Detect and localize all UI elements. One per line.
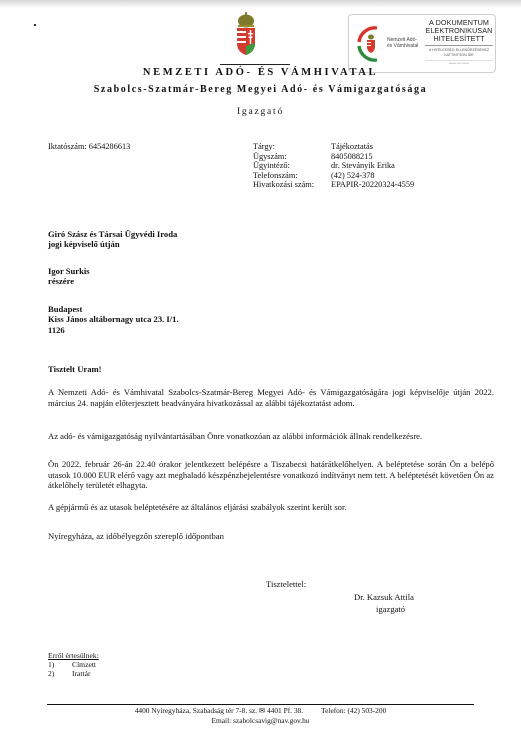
ref-label: Telefonszám: xyxy=(253,171,331,181)
ref-value: (42) 524-378 xyxy=(331,171,375,181)
footer-po-box: 4401 Pf. 38. xyxy=(267,706,303,715)
hungarian-coat-of-arms-icon xyxy=(235,12,257,56)
registration-label: Iktatószám: xyxy=(48,142,87,151)
salutation: Tisztelt Uram! xyxy=(48,364,102,374)
addressee-firm-block: Giró Szász és Társai Ügyvédi Iroda jogi … xyxy=(48,229,177,250)
stamp-verify-link[interactable]: A HITELESSÉG ELLENŐRZÉSÉHEZ KATTINTSON I… xyxy=(425,48,493,57)
stamp-org-name: Nemzeti Adó- és Vámhivatal xyxy=(387,37,425,49)
registration-number: Iktatószám: 6454286613 xyxy=(48,142,130,151)
ref-label: Ügyintéző: xyxy=(253,161,331,171)
stamp-fine-print: ▪▪▪▪▪▪▪▪ ▪▪▪▪ | ▪▪▪▪▪▪▪ xyxy=(425,60,493,65)
ref-label: Hivatkozási szám: xyxy=(253,180,331,190)
notification-label: Címzett xyxy=(72,660,96,669)
stamp-verify-line-1: A HITELESSÉG ELLENŐRZÉSÉHEZ xyxy=(425,48,493,53)
notification-number: 1) xyxy=(48,660,72,669)
notification-item: 2)Irattár xyxy=(48,669,99,678)
body-paragraph: A Nemzeti Adó- és Vámhivatal Szabolcs-Sz… xyxy=(48,387,494,408)
ref-value: dr. Steványik Erika xyxy=(331,161,395,171)
ref-label: Tárgy: xyxy=(253,142,331,152)
addressee-street: Kiss János altábornagy utca 23. I/1. xyxy=(48,314,179,324)
department-name: Igazgató xyxy=(0,107,521,117)
addressee-firm: Giró Szász és Társai Ügyvédi Iroda xyxy=(48,229,177,239)
stamp-title-3: HITELESÍTETT xyxy=(425,35,493,46)
ref-row-case-number: Ügyszám:8405088215 xyxy=(253,152,414,162)
ref-row-reference-number: Hivatkozási szám:EPAPIR-20220324-4559 xyxy=(253,180,414,190)
addressee-postcode: 1126 xyxy=(48,325,179,335)
notification-label: Irattár xyxy=(72,669,91,678)
regional-office-name: Szabolcs-Szatmár-Bereg Megyei Adó- és Vá… xyxy=(0,84,521,95)
addressee-person: Igor Surkis xyxy=(48,266,90,276)
footer-email[interactable]: Email: szabolcsavig@nav.gov.hu xyxy=(0,716,521,726)
body-paragraph: A gépjármű és az utasok beléptetésére az… xyxy=(48,502,494,513)
notification-list: Erről értesülnek: 1)Címzett 2)Irattár xyxy=(48,651,99,679)
ref-row-case-officer: Ügyintéző:dr. Steványik Erika xyxy=(253,161,414,171)
signer-title: igazgató xyxy=(376,604,405,614)
addressee-city: Budapest xyxy=(48,304,179,314)
nav-logo-icon xyxy=(355,24,387,64)
ref-row-phone: Telefonszám:(42) 524-378 xyxy=(253,171,414,181)
ref-value: Tájékoztatás xyxy=(331,142,373,152)
viewer-top-shadow xyxy=(0,0,521,8)
notification-item: 1)Címzett xyxy=(48,660,99,669)
addressee-address-block: Budapest Kiss János altábornagy utca 23.… xyxy=(48,304,179,335)
reference-fields: Tárgy:Tájékoztatás Ügyszám:8405088215 Üg… xyxy=(253,142,414,190)
footer-address: 4400 Nyíregyháza, Szabadság tér 7-8. sz. xyxy=(135,706,257,715)
signer-name: Dr. Kazsuk Attila xyxy=(354,592,414,602)
body-paragraph: Az adó- és vámigazgatóság nyilvántartásá… xyxy=(48,431,494,442)
footer-phone: Telefon: (42) 503-200 xyxy=(321,706,386,715)
addressee-person-note: részére xyxy=(48,276,90,286)
notification-number: 2) xyxy=(48,669,72,678)
footer-divider xyxy=(47,704,474,705)
ref-label: Ügyszám: xyxy=(253,152,331,162)
agency-name: NEMZETI ADÓ- ÉS VÁMHIVATAL xyxy=(0,67,521,78)
addressee-person-block: Igor Surkis részére xyxy=(48,266,90,287)
addressee-firm-note: jogi képviselő útján xyxy=(48,239,177,249)
body-paragraph: Ön 2022. február 26-án 22.40 órakor jele… xyxy=(48,459,494,491)
stamp-verify-line-2: KATTINTSON IDE xyxy=(425,53,493,58)
stamp-text: A DOKUMENTUM ELEKTRONIKUSAN HITELESÍTETT… xyxy=(425,19,493,65)
notification-heading: Erről értesülnek: xyxy=(48,651,99,660)
closing: Tisztelettel: xyxy=(266,579,306,589)
header-divider xyxy=(220,64,290,65)
ref-value: 8405088215 xyxy=(331,152,372,162)
envelope-icon: ✉ xyxy=(259,706,265,715)
authentication-stamp[interactable]: Nemzeti Adó- és Vámhivatal A DOKUMENTUM … xyxy=(348,14,496,73)
ref-row-subject: Tárgy:Tájékoztatás xyxy=(253,142,414,152)
footer-address-line: 4400 Nyíregyháza, Szabadság tér 7-8. sz.… xyxy=(0,706,521,716)
place-and-date: Nyíregyháza, az időbélyegzőn szereplő id… xyxy=(48,531,224,541)
stamp-org-line-2: és Vámhivatal xyxy=(387,43,425,49)
registration-value: 6454286613 xyxy=(89,142,130,151)
stray-mark xyxy=(34,24,36,26)
ref-value: EPAPIR-20220324-4559 xyxy=(331,180,414,190)
